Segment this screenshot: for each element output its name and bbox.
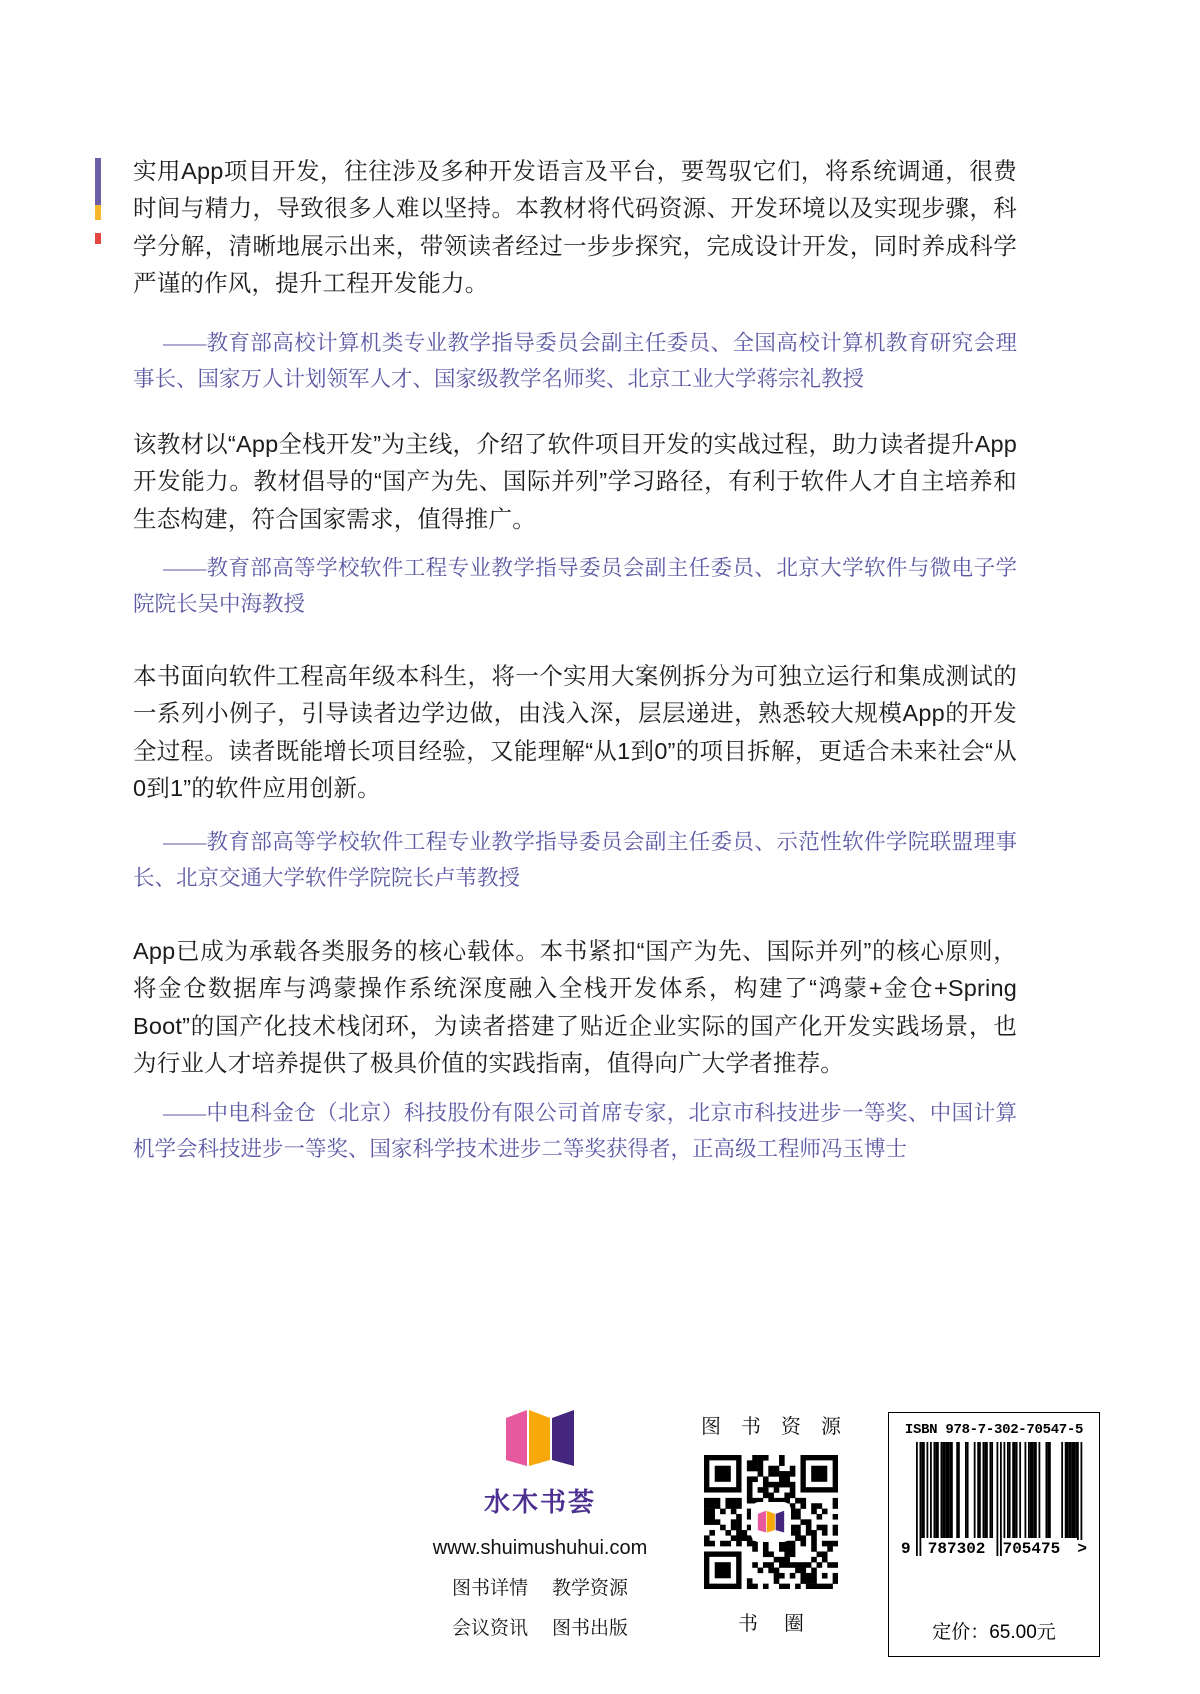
barcode-bars — [900, 1442, 1088, 1556]
qr-title: 图书资源 — [690, 1410, 872, 1439]
brand-website: www.shuimushuhui.com — [400, 1537, 680, 1560]
brand-link-book-publishing: 图书出版 — [552, 1613, 628, 1640]
qr-column: 图书资源 书圈 — [690, 1410, 852, 1636]
barcode-image: 9 787302 705475 > — [900, 1442, 1088, 1556]
brand-links-row-2: 会议资讯 图书出版 — [400, 1613, 680, 1640]
brand-name: 水木书荟 — [400, 1482, 680, 1519]
quote-text: App已成为承载各类服务的核心载体。本书紧扣“国产为先、国际并列”的核心原则，将… — [133, 933, 1017, 1083]
quote-block-2: 该教材以“App全栈开发”为主线，介绍了软件项目开发的实战过程，助力读者提升Ap… — [133, 426, 1017, 622]
isbn-number: ISBN 978-7-302-70547-5 — [889, 1422, 1099, 1438]
barcode-suffix: > — [1076, 1540, 1088, 1558]
quote-text: 本书面向软件工程高年级本科生，将一个实用大案例拆分为可独立运行和集成测试的一系列… — [133, 658, 1017, 808]
quote-attribution: ——教育部高等学校软件工程专业教学指导委员会副主任委员、示范性软件学院联盟理事长… — [133, 824, 1017, 896]
accent-bar-orange — [95, 205, 101, 220]
barcode-digit-group: 787302 — [927, 1540, 987, 1558]
qr-center-logo-icon — [751, 1502, 791, 1542]
quote-attribution: ——中电科金仓（北京）科技股份有限公司首席专家，北京市科技进步一等奖、中国计算机… — [133, 1095, 1017, 1167]
barcode-digit-group: 9 — [900, 1540, 912, 1558]
accent-bar-purple — [95, 158, 101, 205]
quote-text: 实用App项目开发，往往涉及多种开发语言及平台，要驾驭它们，将系统调通，很费时间… — [133, 153, 1017, 303]
qr-code-image — [704, 1455, 838, 1589]
brand-link-book-details: 图书详情 — [452, 1573, 528, 1600]
quote-text: 该教材以“App全栈开发”为主线，介绍了软件项目开发的实战过程，助力读者提升Ap… — [133, 426, 1017, 538]
quote-block-4: App已成为承载各类服务的核心载体。本书紧扣“国产为先、国际并列”的核心原则，将… — [133, 933, 1017, 1167]
shuimushuhui-logo-icon — [504, 1408, 576, 1470]
accent-bar-red — [95, 233, 101, 244]
qr-caption: 书圈 — [690, 1607, 878, 1636]
brand-link-teaching-resources: 教学资源 — [552, 1573, 628, 1600]
publisher-brand-column: 水木书荟 www.shuimushuhui.com 图书详情 教学资源 会议资讯… — [400, 1408, 680, 1640]
brand-link-conference-news: 会议资讯 — [452, 1613, 528, 1640]
isbn-barcode-box: ISBN 978-7-302-70547-5 9 787302 705475 >… — [888, 1412, 1100, 1657]
quote-block-3: 本书面向软件工程高年级本科生，将一个实用大案例拆分为可独立运行和集成测试的一系列… — [133, 658, 1017, 896]
accent-bar — [95, 158, 101, 244]
book-back-cover-page: 实用App项目开发，往往涉及多种开发语言及平台，要驾驭它们，将系统调通，很费时间… — [0, 0, 1200, 1694]
price-label: 定价：65.00元 — [889, 1617, 1099, 1644]
quote-block-1: 实用App项目开发，往往涉及多种开发语言及平台，要驾驭它们，将系统调通，很费时间… — [133, 153, 1017, 397]
barcode-digit-group: 705475 — [1002, 1540, 1062, 1558]
quote-attribution: ——教育部高校计算机类专业教学指导委员会副主任委员、全国高校计算机教育研究会理事… — [133, 325, 1017, 397]
quote-attribution: ——教育部高等学校软件工程专业教学指导委员会副主任委员、北京大学软件与微电子学院… — [133, 550, 1017, 622]
barcode-digits: 9 787302 705475 > — [900, 1540, 1088, 1558]
brand-links-row-1: 图书详情 教学资源 — [400, 1573, 680, 1600]
